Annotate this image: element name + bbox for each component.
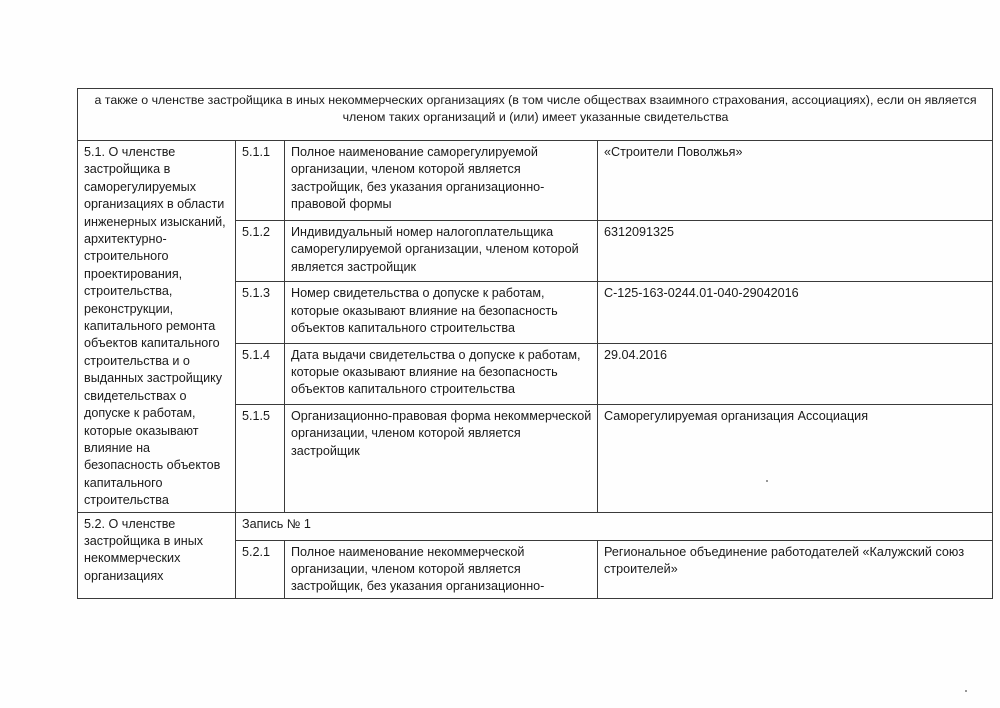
scan-speck: [766, 480, 768, 482]
row-number: 5.1.5: [236, 404, 285, 512]
intro-row: а также о членстве застройщика в иных не…: [78, 89, 993, 141]
developer-membership-table: а также о членстве застройщика в иных не…: [77, 88, 993, 599]
row-number: 5.1.3: [236, 282, 285, 343]
row-number: 5.1.2: [236, 220, 285, 281]
row-value: 29.04.2016: [598, 343, 993, 404]
row-label: Номер свидетельства о допуске к работам,…: [285, 282, 598, 343]
row-label: Полное наименование саморегулируемой орг…: [285, 141, 598, 221]
row-label: Индивидуальный номер налогоплательщика с…: [285, 220, 598, 281]
scanned-page: а также о членстве застройщика в иных не…: [0, 0, 1000, 708]
intro-text: а также о членстве застройщика в иных не…: [78, 89, 993, 141]
row-number: 5.2.1: [236, 540, 285, 598]
row-number: 5.1.1: [236, 141, 285, 221]
table-row: 5.1. О членстве застройщика в саморегули…: [78, 141, 993, 221]
section-5-1-title: 5.1. О членстве застройщика в саморегули…: [78, 141, 236, 513]
row-value: 6312091325: [598, 220, 993, 281]
row-label: Организационно-правовая форма некоммерче…: [285, 404, 598, 512]
row-number: 5.1.4: [236, 343, 285, 404]
row-value: Саморегулируемая организация Ассоциация: [598, 404, 993, 512]
record-label: Запись № 1: [236, 512, 993, 540]
row-value: Региональное объединение работодателей «…: [598, 540, 993, 598]
scan-speck: [965, 690, 967, 692]
table-row: 5.2. О членстве застройщика в иных неком…: [78, 512, 993, 540]
section-5-2-title: 5.2. О членстве застройщика в иных неком…: [78, 512, 236, 598]
row-value: «Строители Поволжья»: [598, 141, 993, 221]
row-value: С-125-163-0244.01-040-29042016: [598, 282, 993, 343]
row-label: Дата выдачи свидетельства о допуске к ра…: [285, 343, 598, 404]
row-label: Полное наименование некоммерческой орган…: [285, 540, 598, 598]
